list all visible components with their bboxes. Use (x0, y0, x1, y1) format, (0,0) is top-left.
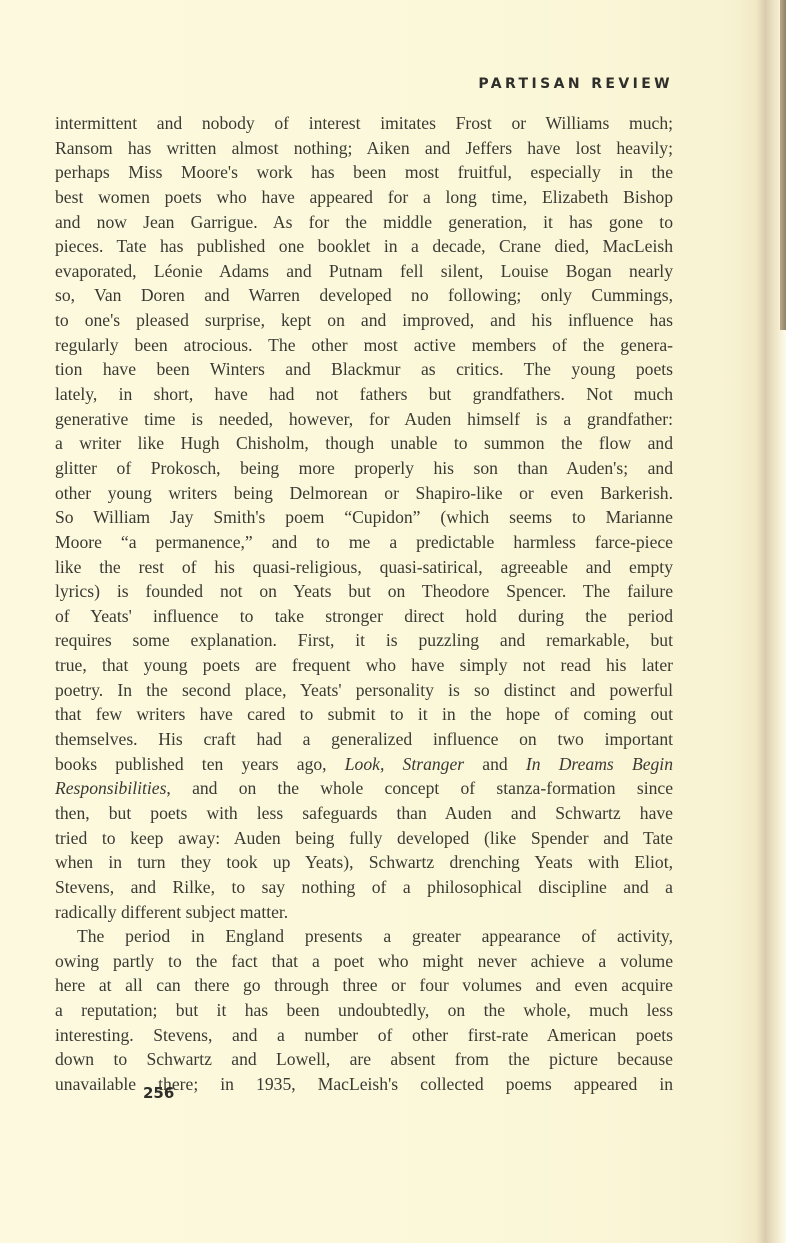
text-line: tion have been Winters and Blackmur as c… (55, 357, 673, 382)
text-fragment: books published ten years ago, (55, 754, 345, 774)
text-line: when in turn they took up Yeats), Schwar… (55, 850, 673, 875)
text-line: regularly been atrocious. The other most… (55, 333, 673, 358)
book-title-responsibilities: Responsibilities (55, 778, 166, 798)
text-line: then, but poets with less safeguards tha… (55, 801, 673, 826)
text-line: So William Jay Smith's poem “Cupidon” (w… (55, 505, 673, 530)
text-line: like the rest of his quasi-religious, qu… (55, 555, 673, 580)
text-line: owing partly to the fact that a poet who… (55, 949, 673, 974)
text-line: of Yeats' influence to take stronger dir… (55, 604, 673, 629)
text-line: so, Van Doren and Warren developed no fo… (55, 283, 673, 308)
text-line: a writer like Hugh Chisholm, though unab… (55, 431, 673, 456)
text-line: evaporated, Léonie Adams and Putnam fell… (55, 259, 673, 284)
text-line: themselves. His craft had a generalized … (55, 727, 673, 752)
page-number: 256 (143, 1084, 174, 1102)
text-line: here at all can there go through three o… (55, 973, 673, 998)
text-line: other young writers being Delmorean or S… (55, 481, 673, 506)
binding-edge (780, 0, 786, 330)
book-title-in-dreams: In Dreams Begin (526, 754, 673, 774)
text-line: perhaps Miss Moore's work has been most … (55, 160, 673, 185)
text-line: The period in England presents a greater… (55, 924, 673, 949)
text-line: Moore “a permanence,” and to me a predic… (55, 530, 673, 555)
text-line: poetry. In the second place, Yeats' pers… (55, 678, 673, 703)
text-line: pieces. Tate has published one booklet i… (55, 234, 673, 259)
text-line: requires some explanation. First, it is … (55, 628, 673, 653)
body-text: intermittent and nobody of interest imit… (55, 111, 673, 1097)
text-line: a reputation; but it has been undoubtedl… (55, 998, 673, 1023)
text-line: to one's pleased surprise, kept on and i… (55, 308, 673, 333)
text-fragment: , and on the whole concept of stanza-for… (166, 778, 673, 798)
text-line: generative time is needed, however, for … (55, 407, 673, 432)
text-line: radically different subject matter. (55, 900, 673, 925)
text-line: Stevens, and Rilke, to say nothing of a … (55, 875, 673, 900)
text-line: true, that young poets are frequent who … (55, 653, 673, 678)
text-line: glitter of Prokosch, being more properly… (55, 456, 673, 481)
text-line-with-titles: books published ten years ago, Look, Str… (55, 752, 673, 777)
running-head: PARTISAN REVIEW (453, 76, 673, 92)
text-line: and now Jean Garrigue. As for the middle… (55, 210, 673, 235)
text-line-with-titles: Responsibilities, and on the whole conce… (55, 776, 673, 801)
text-line: interesting. Stevens, and a number of ot… (55, 1023, 673, 1048)
text-line: down to Schwartz and Lowell, are absent … (55, 1047, 673, 1072)
text-fragment: and (464, 754, 526, 774)
book-title-look-stranger: Look, Stranger (345, 754, 464, 774)
text-line: lyrics) is founded not on Yeats but on T… (55, 579, 673, 604)
text-line: that few writers have cared to submit to… (55, 702, 673, 727)
text-line: intermittent and nobody of interest imit… (55, 111, 673, 136)
text-line: tried to keep away: Auden being fully de… (55, 826, 673, 851)
text-line: Ransom has written almost nothing; Aiken… (55, 136, 673, 161)
text-line: best women poets who have appeared for a… (55, 185, 673, 210)
text-line: lately, in short, have had not fathers b… (55, 382, 673, 407)
book-page: PARTISAN REVIEW intermittent and nobody … (0, 0, 786, 1243)
